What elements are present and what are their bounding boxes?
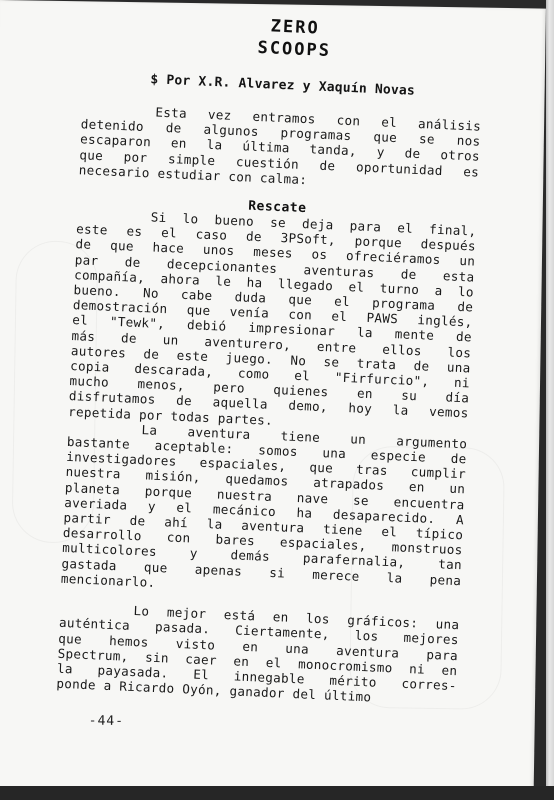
paragraph-3: Lo mejor está en los gráficos: unaautént… xyxy=(56,600,460,709)
byline: $ Por X.R. Alvarez y Xaquín Novas xyxy=(83,69,483,101)
article-title: ZERO SCOOPS xyxy=(104,8,486,69)
paragraph-2: La aventura tiene un argumentobastante a… xyxy=(61,419,468,604)
page-edge xyxy=(546,0,554,800)
paragraph-1: Si lo bueno se deja para el final,este e… xyxy=(68,206,477,436)
scanned-page: ZERO SCOOPS $ Por X.R. Alvarez y Xaquín … xyxy=(0,0,546,796)
scanner-border xyxy=(0,786,554,800)
intro-paragraph: Esta vez entramos con el análisisdetenid… xyxy=(78,101,481,194)
article-body: ZERO SCOOPS $ Por X.R. Alvarez y Xaquín … xyxy=(56,7,485,708)
page-number: -44- xyxy=(89,713,125,729)
